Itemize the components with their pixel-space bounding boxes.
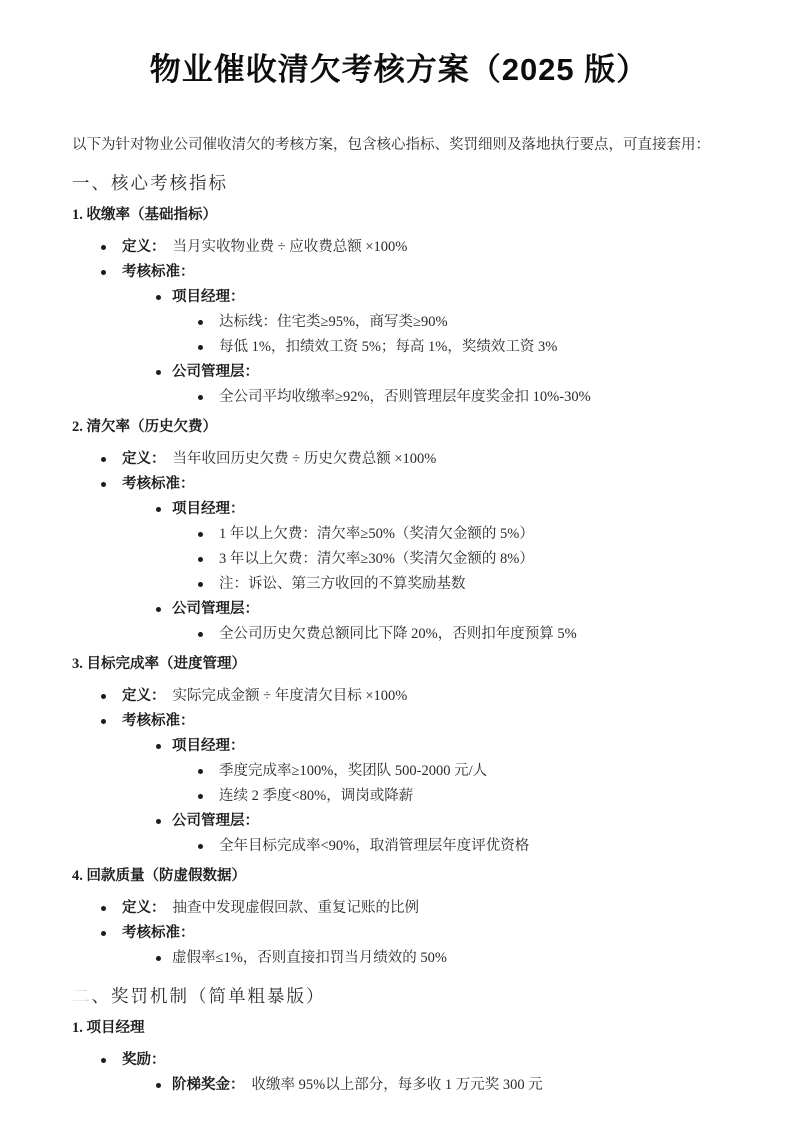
list-item: 考核标准： [72,923,726,943]
bullet-icon [156,744,161,749]
bullet-icon [198,844,203,849]
list-item-lead: 奖励： [122,1052,166,1068]
document-body: 一、核心考核指标1. 收缴率（基础指标） 定义：当月实收物业费 ÷ 应收费总额 … [72,171,726,1095]
bullet-icon [198,557,203,562]
list-item: 达标线：住宅类≥95%，商写类≥90% [72,312,726,332]
list-item-lead: 考核标准： [122,476,195,492]
list-item-text: 虚假率≤1%，否则直接扣罚当月绩效的 50% [172,950,447,966]
list-item: 连续 2 季度<80%，调岗或降薪 [72,786,726,806]
subsection-heading: 3. 目标完成率（进度管理） [72,654,726,674]
bullet-icon [156,607,161,612]
bullet-icon [198,320,203,325]
subsection-heading: 1. 项目经理 [72,1018,726,1038]
section-heading: 一、核心考核指标 [72,171,726,195]
list-item: 定义：实际完成金额 ÷ 年度清欠目标 ×100% [72,686,726,706]
list-item-text: 实际完成金额 ÷ 年度清欠目标 ×100% [173,688,408,704]
list-item: 1 年以上欠费：清欠率≥50%（奖清欠金额的 5%） [72,524,726,544]
list-item-text: 全年目标完成率<90%，取消管理层年度评优资格 [219,838,529,854]
list-item-text: 注：诉讼、第三方收回的不算奖励基数 [219,576,466,592]
bullet-icon [101,719,106,724]
list-item: 考核标准： [72,474,726,494]
bullet-icon [198,532,203,537]
page-title: 物业催收清欠考核方案（2025 版） [72,50,726,90]
list-item-lead: 定义： [122,239,166,255]
bullet-icon [198,632,203,637]
list-item-lead: 项目经理： [172,738,245,754]
bullet-icon [156,507,161,512]
bullet-icon [156,1083,161,1088]
list-item: 定义：当月实收物业费 ÷ 应收费总额 ×100% [72,237,726,257]
bullet-icon [101,482,106,487]
list-item-text: 3 年以上欠费：清欠率≥30%（奖清欠金额的 8%） [219,551,534,567]
list-item-text: 收缴率 95%以上部分，每多收 1 万元奖 300 元 [252,1077,543,1093]
list-item-lead: 公司管理层： [172,601,259,617]
bullet-icon [101,270,106,275]
list-item-lead: 定义： [122,451,166,467]
list-item: 注：诉讼、第三方收回的不算奖励基数 [72,574,726,594]
list-item: 项目经理： [72,736,726,756]
bullet-icon [101,694,106,699]
list-item-lead: 定义： [122,688,166,704]
list-item-lead: 考核标准： [122,713,195,729]
list-item: 考核标准： [72,262,726,282]
list-item-lead: 考核标准： [122,264,195,280]
section-heading-text: 一、核心考核指标 [72,173,228,193]
list-item: 全公司平均收缴率≥92%，否则管理层年度奖金扣 10%-30% [72,387,726,407]
list-item: 定义：当年收回历史欠费 ÷ 历史欠费总额 ×100% [72,449,726,469]
list-item-text: 抽查中发现虚假回款、重复记账的比例 [173,900,420,916]
bullet-icon [198,794,203,799]
list-item-text: 当月实收物业费 ÷ 应收费总额 ×100% [173,239,408,255]
bullet-icon [101,457,106,462]
list-item-lead: 考核标准： [122,925,195,941]
intro-paragraph: 以下为针对物业公司催收清欠的考核方案，包含核心指标、奖罚细则及落地执行要点，可直… [72,135,726,155]
bullet-icon [101,931,106,936]
list-item-text: 季度完成率≥100%，奖团队 500-2000 元/人 [219,763,487,779]
list-item: 公司管理层： [72,362,726,382]
bullet-icon [198,769,203,774]
list-item-text: 当年收回历史欠费 ÷ 历史欠费总额 ×100% [173,451,437,467]
list-item-lead: 公司管理层： [172,364,259,380]
bullet-icon [101,245,106,250]
list-item-text: 连续 2 季度<80%，调岗或降薪 [219,788,413,804]
list-item: 项目经理： [72,499,726,519]
bullet-icon [198,345,203,350]
bullet-icon [198,395,203,400]
list-item-lead: 阶梯奖金： [172,1077,245,1093]
document-page: 物业催收清欠考核方案（2025 版） 以下为针对物业公司催收清欠的考核方案，包含… [0,0,800,1132]
list-item: 每低 1%，扣绩效工资 5%；每高 1%，奖绩效工资 3% [72,337,726,357]
list-item: 考核标准： [72,711,726,731]
list-item: 全年目标完成率<90%，取消管理层年度评优资格 [72,836,726,856]
list-item-text: 每低 1%，扣绩效工资 5%；每高 1%，奖绩效工资 3% [219,339,557,355]
list-item: 定义：抽查中发现虚假回款、重复记账的比例 [72,898,726,918]
list-item-lead: 公司管理层： [172,813,259,829]
list-item: 奖励： [72,1050,726,1070]
bullet-icon [156,956,161,961]
faded-section-number: 二 [72,986,92,1006]
section-heading: 二、奖罚机制（简单粗暴版） [72,984,726,1008]
list-item-text: 1 年以上欠费：清欠率≥50%（奖清欠金额的 5%） [219,526,534,542]
subsection-heading: 4. 回款质量（防虚假数据） [72,866,726,886]
list-item: 全公司历史欠费总额同比下降 20%，否则扣年度预算 5% [72,624,726,644]
list-item-text: 全公司平均收缴率≥92%，否则管理层年度奖金扣 10%-30% [219,389,591,405]
list-item-text: 达标线：住宅类≥95%，商写类≥90% [219,314,448,330]
document-header: 物业催收清欠考核方案（2025 版） 以下为针对物业公司催收清欠的考核方案，包含… [72,50,726,155]
bullet-icon [156,295,161,300]
bullet-icon [156,819,161,824]
list-item-lead: 定义： [122,900,166,916]
list-item: 项目经理： [72,287,726,307]
bullet-icon [198,582,203,587]
list-item-lead: 项目经理： [172,289,245,305]
list-item: 公司管理层： [72,599,726,619]
section-heading-text: 、奖罚机制（简单粗暴版） [92,986,326,1006]
list-item-text: 全公司历史欠费总额同比下降 20%，否则扣年度预算 5% [219,626,577,642]
list-item: 3 年以上欠费：清欠率≥30%（奖清欠金额的 8%） [72,549,726,569]
list-item: 阶梯奖金：收缴率 95%以上部分，每多收 1 万元奖 300 元 [72,1075,726,1095]
list-item: 季度完成率≥100%，奖团队 500-2000 元/人 [72,761,726,781]
bullet-icon [156,370,161,375]
list-item: 虚假率≤1%，否则直接扣罚当月绩效的 50% [72,948,726,968]
bullet-icon [101,906,106,911]
subsection-heading: 2. 清欠率（历史欠费） [72,417,726,437]
bullet-icon [101,1058,106,1063]
document-content: 物业催收清欠考核方案（2025 版） 以下为针对物业公司催收清欠的考核方案，包含… [0,0,800,1095]
list-item-lead: 项目经理： [172,501,245,517]
subsection-heading: 1. 收缴率（基础指标） [72,205,726,225]
list-item: 公司管理层： [72,811,726,831]
